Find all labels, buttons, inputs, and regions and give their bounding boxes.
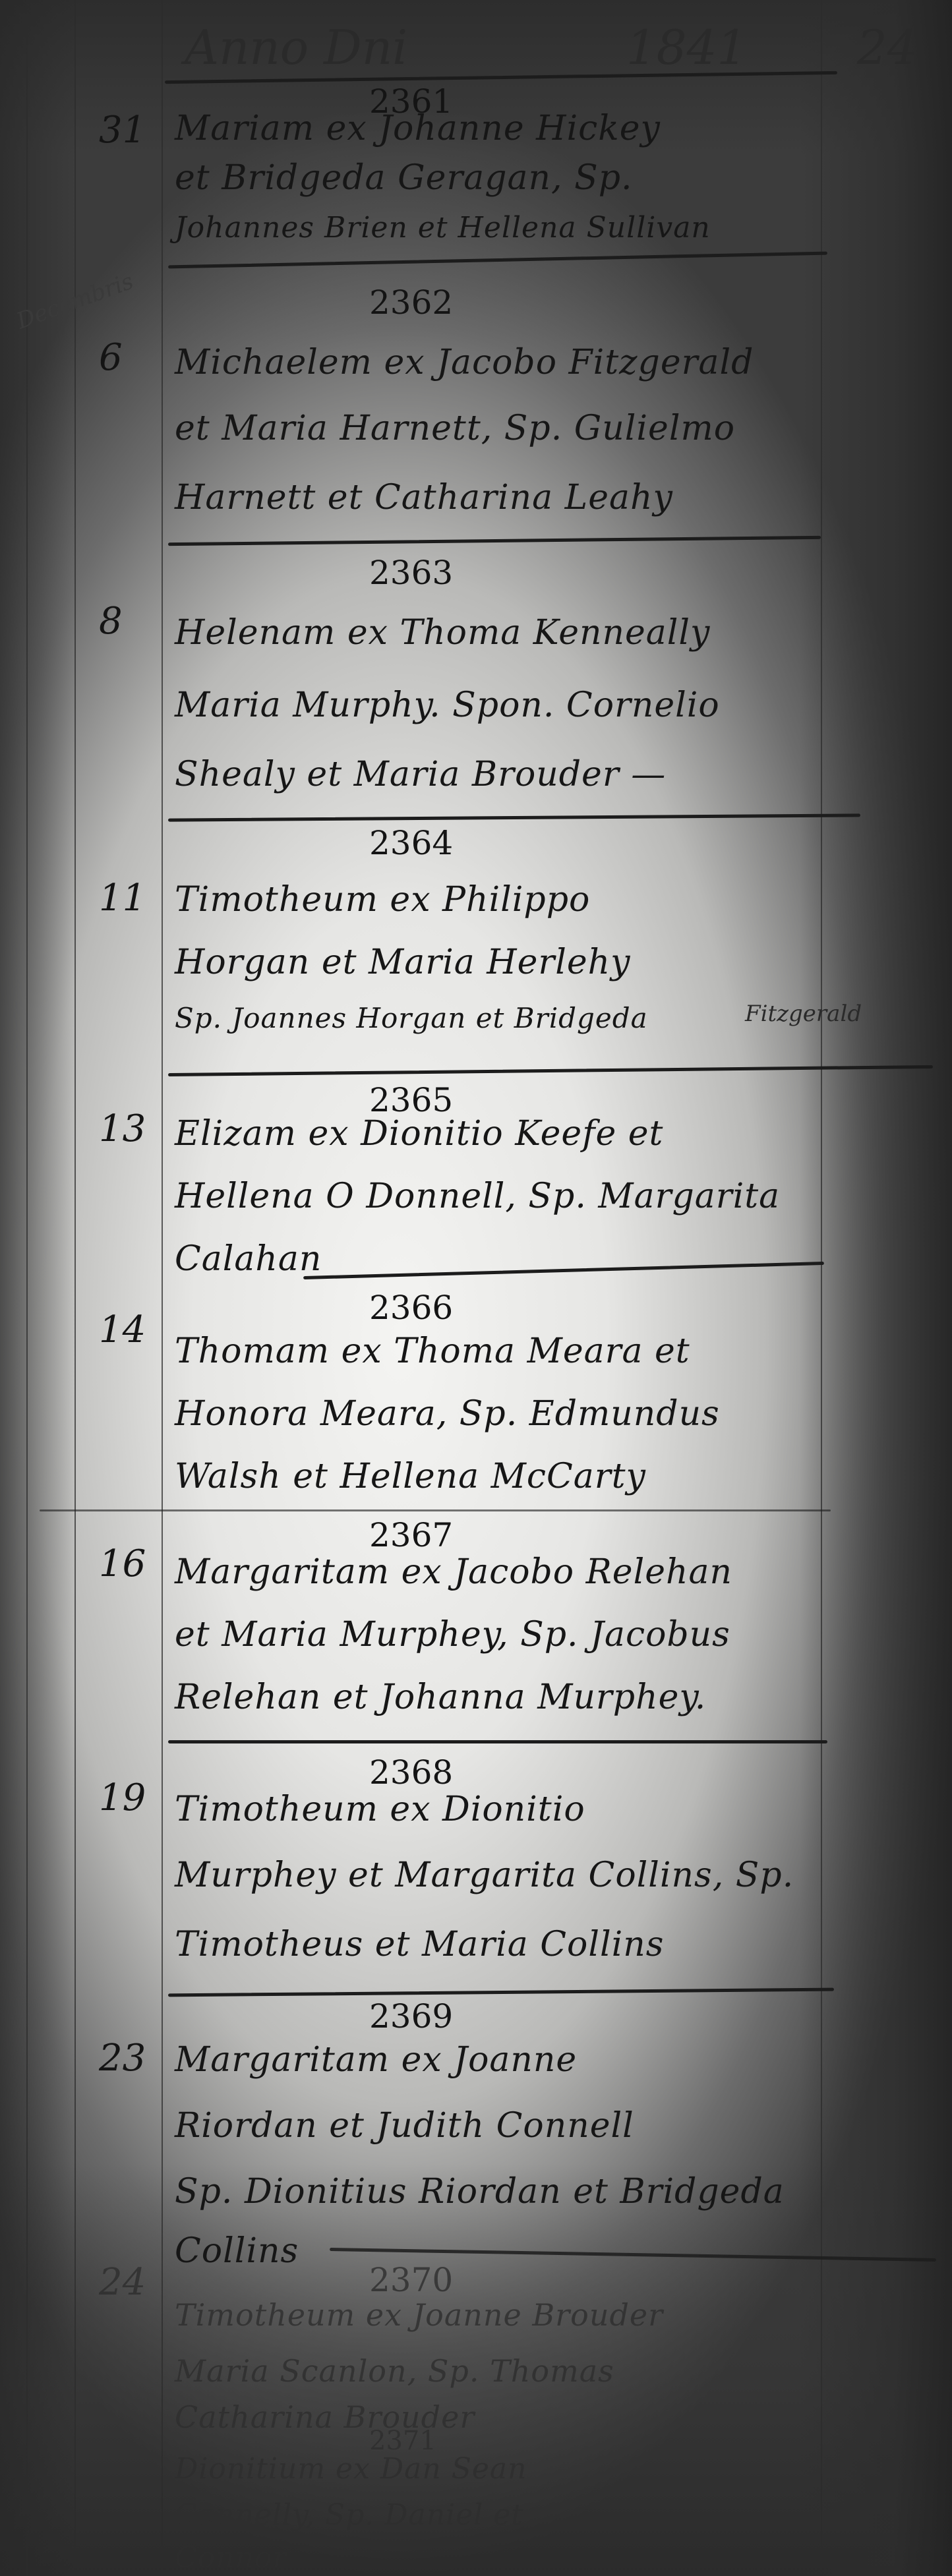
entry-number: 2363: [369, 554, 453, 592]
entry-day: 31: [99, 109, 146, 152]
entry-divider: [168, 813, 860, 821]
margin-rule-right: [821, 0, 822, 2576]
entry-line: Connor: [175, 2541, 287, 2575]
entry-line: Michaelem ex Jacobo Fitzgerald: [175, 343, 754, 382]
entry-line: Shealy et Maria Brouder —: [175, 755, 666, 794]
entry-line: et Bridgeda Geragan, Sp.: [175, 158, 633, 198]
entry-line: Timotheum ex Philippo: [175, 880, 590, 920]
entry-day: 6: [99, 336, 123, 379]
entry-line: et Maria Murphey, Sp. Jacobus: [175, 1615, 730, 1654]
entry-line: Thomam ex Thoma Meara et: [175, 1332, 690, 1371]
entry-day: 8: [99, 600, 123, 643]
entry-divider: [168, 1988, 834, 1997]
margin-rule-day: [74, 0, 76, 2576]
entry-line: Honora Meara, Sp. Edmundus: [175, 1394, 720, 1434]
entry-number: 2369: [369, 1997, 453, 2035]
entry-line: Margaritam ex Jacobo Relehan: [175, 1552, 732, 1592]
entry-number: 2364: [369, 824, 453, 862]
entry-line: Harnett et Catharina Leahy: [175, 478, 673, 517]
page-header: Anno Dni 1841 24: [165, 20, 910, 79]
entry-line: Sp. Joannes Horgan et Bridgeda: [175, 1002, 648, 1034]
entry-divider: [168, 252, 827, 269]
entry-line: Connelly, Sp. Daniel et: [175, 2498, 523, 2532]
entry-number: 2366: [369, 1289, 453, 1327]
entry-line: Walsh et Hellena McCarty: [175, 1457, 646, 1496]
entry-number: 2367: [369, 1516, 453, 1554]
header-anno: Anno Dni: [185, 20, 407, 75]
entry-day: 23: [99, 2037, 146, 2080]
entry-day: 24: [99, 2261, 146, 2304]
entry-line: Helenam ex Thoma Kenneally: [175, 613, 710, 653]
entry-divider: [330, 2248, 936, 2262]
entry-line: Margaritam ex Joanne: [175, 2040, 577, 2080]
entry-divider: [168, 1740, 827, 1743]
entry-line: et Maria Harnett, Sp. Gulielmo: [175, 409, 735, 448]
entry-line: Maria Murphy. Spon. Cornelio: [175, 686, 720, 725]
entry-line: Relehan et Johanna Murphey.: [175, 1678, 706, 1717]
margin-rule-text: [162, 0, 163, 2576]
entry-day: 11: [99, 877, 146, 920]
entry-line: Timotheum ex Joanne Brouder: [175, 2297, 663, 2333]
entry-line: Elizam ex Dionitio Keefe et: [175, 1114, 663, 1154]
entry-side-note: Fitzgerald: [745, 1001, 862, 1027]
register-page: Anno Dni 1841 24 Decembris 31 2361 Maria…: [0, 0, 952, 2576]
page-number: 24: [857, 20, 918, 75]
entry-line: Dionitium ex Dan Sean: [175, 2452, 527, 2486]
entry-day: 19: [99, 1776, 146, 1819]
entry-day: 13: [99, 1107, 146, 1150]
entry-number: 2368: [369, 1753, 453, 1792]
margin-rule-outer: [26, 0, 28, 2576]
entry-line: Hellena O Donnell, Sp. Margarita: [175, 1177, 780, 1216]
entry-day: 16: [99, 1542, 146, 1585]
entry-line: Maria Scanlon, Sp. Thomas: [175, 2353, 614, 2389]
entry-line: Timotheus et Maria Collins: [175, 1925, 664, 1964]
entry-divider: [168, 536, 821, 546]
entry-line: Johannes Brien et Hellena Sullivan: [175, 211, 711, 245]
entry-day: 14: [99, 1308, 146, 1351]
header-year: 1841: [626, 20, 747, 75]
entry-divider: [303, 1262, 824, 1279]
entry-line: Timotheum ex Dionitio: [175, 1790, 585, 1829]
entry-line: Sp. Dionitius Riordan et Bridgeda: [175, 2172, 785, 2211]
entry-line: Riordan et Judith Connell: [175, 2106, 634, 2146]
entry-line: Collins: [175, 2231, 299, 2271]
entry-number: 2370: [369, 2261, 453, 2299]
entry-number: 2362: [369, 283, 453, 322]
entry-line: Calahan: [175, 1239, 322, 1279]
entry-line: Mariam ex Johanne Hickey: [175, 109, 661, 148]
entry-line: Horgan et Maria Herlehy: [175, 943, 631, 982]
entry-divider: [168, 1065, 933, 1076]
entry-line: Murphey et Margarita Collins, Sp.: [175, 1856, 794, 1895]
entry-divider: [40, 1509, 831, 1511]
